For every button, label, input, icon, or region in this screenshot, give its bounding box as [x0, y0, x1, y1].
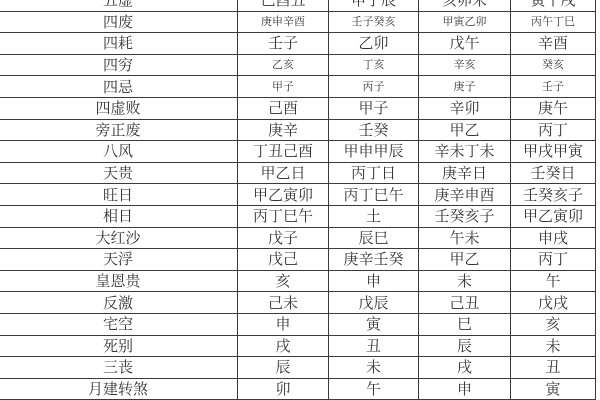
- table-cell: 壬癸亥子: [511, 184, 596, 206]
- table-cell: 戊己: [238, 249, 329, 271]
- table-cell: 寅: [511, 378, 596, 400]
- row-label: 四穷: [0, 54, 238, 76]
- almanac-table: 五虚巳酉丑申子辰亥卯未寅午戌四废庚申辛酉壬子癸亥甲寅乙卯丙午丁巳四耗壬子乙卯戊午…: [0, 0, 596, 400]
- table-cell: 甲子: [329, 97, 419, 119]
- table-cell: 庚辛壬癸: [329, 249, 419, 271]
- table-cell: 巳: [419, 313, 511, 335]
- table-row: 旺日甲乙寅卯丙丁巳午庚辛申酉壬癸亥子: [0, 184, 596, 206]
- table-cell: 土: [329, 205, 419, 227]
- table-cell: 亥卯未: [419, 0, 511, 11]
- table-cell: 甲寅乙卯: [419, 11, 511, 33]
- table-cell: 丙子: [329, 76, 419, 98]
- row-label: 宅空: [0, 313, 238, 335]
- row-label: 四忌: [0, 76, 238, 98]
- table-cell: 戊辰: [329, 292, 419, 314]
- row-label: 四虚败: [0, 97, 238, 119]
- table-cell: 申戌: [511, 227, 596, 249]
- table-row: 四忌甲子丙子庚子壬子: [0, 76, 596, 98]
- row-label: 四耗: [0, 33, 238, 55]
- table-cell: 未: [329, 357, 419, 379]
- table-cell: 寅午戌: [511, 0, 596, 11]
- table-cell: 辛酉: [511, 33, 596, 55]
- row-label: 五虚: [0, 0, 238, 11]
- table-row: 月建转煞卯午申寅: [0, 378, 596, 400]
- table-cell: 辰: [419, 335, 511, 357]
- table-cell: 申: [419, 378, 511, 400]
- table-cell: 寅: [329, 313, 419, 335]
- table-cell: 亥: [238, 270, 329, 292]
- table-cell: 丙丁巳午: [238, 205, 329, 227]
- row-label: 死别: [0, 335, 238, 357]
- table-row: 皇恩贵亥申未午: [0, 270, 596, 292]
- table-cell: 丙丁: [511, 119, 596, 141]
- table-row: 四穷乙亥丁亥辛亥癸亥: [0, 54, 596, 76]
- table-cell: 申: [329, 270, 419, 292]
- row-label: 天贵: [0, 162, 238, 184]
- table-cell: 己丑: [419, 292, 511, 314]
- table-row: 天浮戊己庚辛壬癸甲乙丙丁: [0, 249, 596, 271]
- table-cell: 癸亥: [511, 54, 596, 76]
- table-cell: 甲乙寅卯: [238, 184, 329, 206]
- table-row: 相日丙丁巳午土壬癸亥子甲乙寅卯: [0, 205, 596, 227]
- table-cell: 辛卯: [419, 97, 511, 119]
- table-row: 四耗壬子乙卯戊午辛酉: [0, 33, 596, 55]
- table-cell: 午未: [419, 227, 511, 249]
- table-cell: 辛亥: [419, 54, 511, 76]
- table-row: 反激己未戊辰己丑戊戌: [0, 292, 596, 314]
- row-label: 皇恩贵: [0, 270, 238, 292]
- table-cell: 甲乙寅卯: [511, 205, 596, 227]
- table-cell: 丁亥: [329, 54, 419, 76]
- row-label: 天浮: [0, 249, 238, 271]
- table-cell: 申: [238, 313, 329, 335]
- table-cell: 戊戌: [511, 292, 596, 314]
- table-cell: 壬子: [238, 33, 329, 55]
- table-cell: 庚子: [419, 76, 511, 98]
- table-cell: 亥: [511, 313, 596, 335]
- row-label: 反激: [0, 292, 238, 314]
- table-cell: 未: [511, 335, 596, 357]
- row-label: 相日: [0, 205, 238, 227]
- table-cell: 庚申辛酉: [238, 11, 329, 33]
- table-cell: 己酉: [238, 97, 329, 119]
- table-cell: 丙丁巳午: [329, 184, 419, 206]
- table-cell: 巳酉丑: [238, 0, 329, 11]
- row-label: 大红沙: [0, 227, 238, 249]
- table-row: 大红沙戊子辰巳午未申戌: [0, 227, 596, 249]
- row-label: 旁正废: [0, 119, 238, 141]
- table-cell: 午: [329, 378, 419, 400]
- table-row: 三丧辰未戌丑: [0, 357, 596, 379]
- table-cell: 己未: [238, 292, 329, 314]
- table-cell: 壬子癸亥: [329, 11, 419, 33]
- table-cell: 辛未丁未: [419, 141, 511, 163]
- table-row: 天贵甲乙日丙丁日庚辛日壬癸日: [0, 162, 596, 184]
- table-row: 五虚巳酉丑申子辰亥卯未寅午戌: [0, 0, 596, 11]
- table-cell: 丙午丁巳: [511, 11, 596, 33]
- table-cell: 壬癸日: [511, 162, 596, 184]
- table-cell: 丑: [511, 357, 596, 379]
- table-cell: 甲乙: [419, 249, 511, 271]
- table-cell: 庚辛申酉: [419, 184, 511, 206]
- table-row: 死别戌丑辰未: [0, 335, 596, 357]
- table-cell: 壬子: [511, 76, 596, 98]
- table-cell: 庚辛: [238, 119, 329, 141]
- table-cell: 未: [419, 270, 511, 292]
- table-row: 四虚败己酉甲子辛卯庚午: [0, 97, 596, 119]
- row-label: 旺日: [0, 184, 238, 206]
- table-cell: 丙丁日: [329, 162, 419, 184]
- table-cell: 丁丑己酉: [238, 141, 329, 163]
- table-cell: 甲乙: [419, 119, 511, 141]
- table-cell: 乙卯: [329, 33, 419, 55]
- row-label: 八风: [0, 141, 238, 163]
- table-cell: 庚辛日: [419, 162, 511, 184]
- table-cell: 丑: [329, 335, 419, 357]
- table-cell: 戊子: [238, 227, 329, 249]
- table-cell: 甲乙日: [238, 162, 329, 184]
- table-cell: 卯: [238, 378, 329, 400]
- table-cell: 庚午: [511, 97, 596, 119]
- table-cell: 壬癸亥子: [419, 205, 511, 227]
- table-cell: 甲申甲辰: [329, 141, 419, 163]
- table-cell: 甲子: [238, 76, 329, 98]
- row-label: 三丧: [0, 357, 238, 379]
- table-cell: 壬癸: [329, 119, 419, 141]
- table-cell: 甲戌甲寅: [511, 141, 596, 163]
- table-cell: 丙丁: [511, 249, 596, 271]
- table-cell: 戊午: [419, 33, 511, 55]
- table-cell: 乙亥: [238, 54, 329, 76]
- row-label: 四废: [0, 11, 238, 33]
- table-cell: 戌: [238, 335, 329, 357]
- table-body: 五虚巳酉丑申子辰亥卯未寅午戌四废庚申辛酉壬子癸亥甲寅乙卯丙午丁巳四耗壬子乙卯戊午…: [0, 0, 596, 400]
- table-cell: 戌: [419, 357, 511, 379]
- table-row: 宅空申寅巳亥: [0, 313, 596, 335]
- table-cell: 辰巳: [329, 227, 419, 249]
- row-label: 月建转煞: [0, 378, 238, 400]
- table-row: 四废庚申辛酉壬子癸亥甲寅乙卯丙午丁巳: [0, 11, 596, 33]
- table-row: 八风丁丑己酉甲申甲辰辛未丁未甲戌甲寅: [0, 141, 596, 163]
- table-cell: 午: [511, 270, 596, 292]
- table-cell: 申子辰: [329, 0, 419, 11]
- table-row: 旁正废庚辛壬癸甲乙丙丁: [0, 119, 596, 141]
- table-cell: 辰: [238, 357, 329, 379]
